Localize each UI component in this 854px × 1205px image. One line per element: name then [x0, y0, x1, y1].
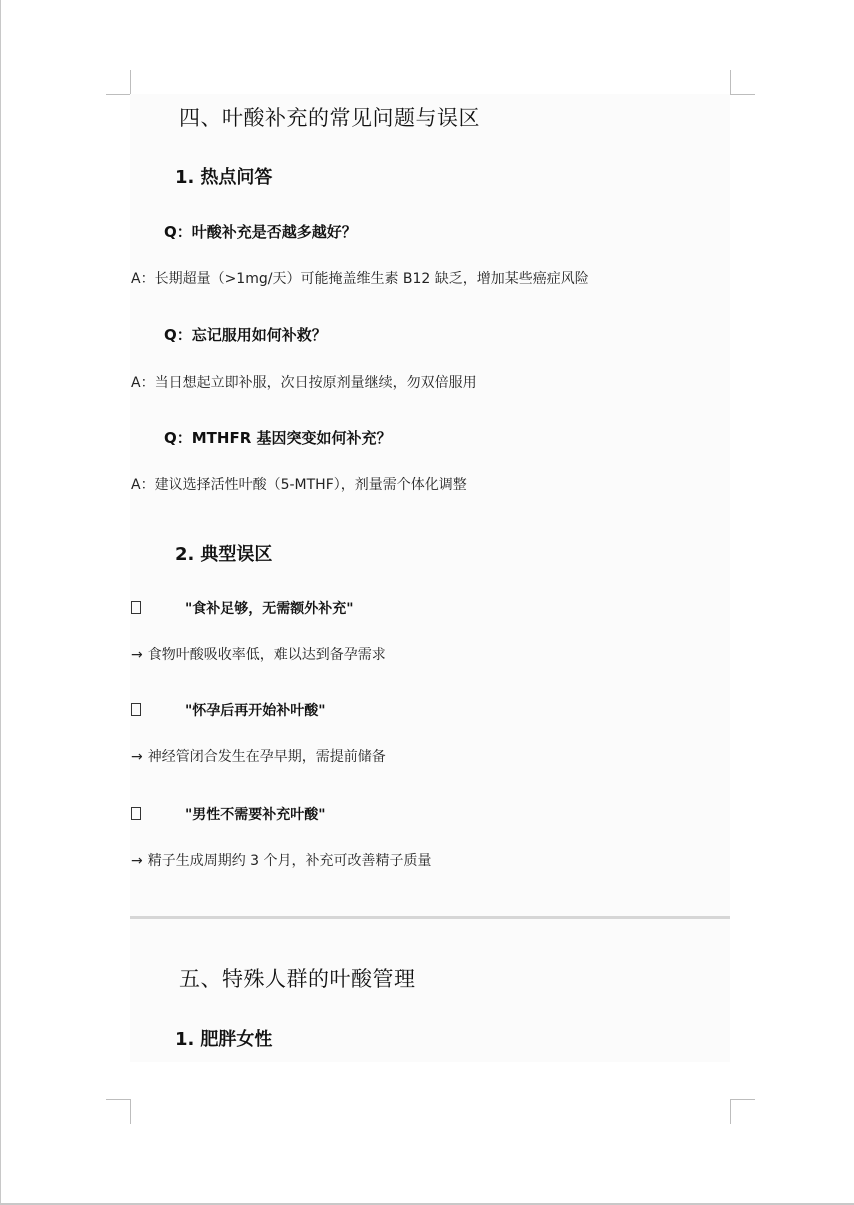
faq-subheading-number: 1. — [175, 167, 194, 188]
horizontal-rule — [130, 916, 730, 919]
faq-question-3[interactable]: Q：MTHFR 基因突变如何补充？ — [164, 431, 391, 446]
faq-question-1[interactable]: Q：叶酸补充是否越多越好？ — [164, 225, 357, 240]
faq-answer-1[interactable]: A：长期超量（>1mg/天）可能掩盖维生素 B12 缺乏，增加某些癌症风险 — [131, 272, 589, 286]
myth-explanation-text-1: 食物叶酸吸收率低，难以达到备孕需求 — [148, 647, 386, 663]
right-arrow-icon: → — [131, 647, 143, 663]
myth-explanation-2[interactable]: →神经管闭合发生在孕早期，需提前储备 — [131, 750, 386, 764]
obese-women-subheading-title: 肥胖女性 — [200, 1029, 272, 1050]
margin-corner-top-right — [730, 70, 755, 95]
margin-corner-top-left — [106, 70, 131, 95]
myths-subheading[interactable]: 2.典型误区 — [175, 546, 272, 564]
margin-corner-bottom-left — [106, 1099, 131, 1124]
right-arrow-icon: → — [131, 853, 143, 869]
myths-subheading-title: 典型误区 — [200, 544, 272, 565]
missing-glyph-bullet-icon — [131, 703, 141, 716]
myth-text-3: "男性不需要补充叶酸" — [185, 807, 326, 823]
myth-item-2[interactable]: "怀孕后再开始补叶酸" — [131, 703, 326, 718]
obese-women-subheading[interactable]: 1.肥胖女性 — [175, 1031, 272, 1049]
myth-text-1: "食补足够，无需额外补充" — [185, 601, 354, 617]
obese-women-subheading-number: 1. — [175, 1029, 194, 1050]
faq-subheading-title: 热点问答 — [200, 167, 272, 188]
myths-subheading-number: 2. — [175, 544, 194, 565]
myth-explanation-text-2: 神经管闭合发生在孕早期，需提前储备 — [148, 749, 386, 765]
document-page: 四、叶酸补充的常见问题与误区 1.热点问答 Q：叶酸补充是否越多越好？ A：长期… — [0, 0, 854, 1205]
right-arrow-icon: → — [131, 749, 143, 765]
missing-glyph-bullet-icon — [131, 601, 141, 614]
faq-question-2[interactable]: Q：忘记服用如何补救？ — [164, 328, 327, 343]
section-4-heading[interactable]: 四、叶酸补充的常见问题与误区 — [179, 108, 480, 129]
myth-item-3[interactable]: "男性不需要补充叶酸" — [131, 807, 326, 822]
section-5-heading[interactable]: 五、特殊人群的叶酸管理 — [179, 969, 416, 990]
faq-subheading[interactable]: 1.热点问答 — [175, 169, 272, 187]
margin-corner-bottom-right — [730, 1099, 755, 1124]
myth-explanation-text-3: 精子生成周期约 3 个月，补充可改善精子质量 — [148, 853, 432, 869]
myth-explanation-3[interactable]: →精子生成周期约 3 个月，补充可改善精子质量 — [131, 854, 432, 868]
faq-answer-2[interactable]: A：当日想起立即补服，次日按原剂量继续，勿双倍服用 — [131, 376, 477, 390]
myth-item-1[interactable]: "食补足够，无需额外补充" — [131, 601, 354, 616]
faq-answer-3[interactable]: A：建议选择活性叶酸（5-MTHF），剂量需个体化调整 — [131, 478, 467, 492]
myth-text-2: "怀孕后再开始补叶酸" — [185, 703, 326, 719]
myth-explanation-1[interactable]: →食物叶酸吸收率低，难以达到备孕需求 — [131, 648, 386, 662]
missing-glyph-bullet-icon — [131, 807, 141, 820]
